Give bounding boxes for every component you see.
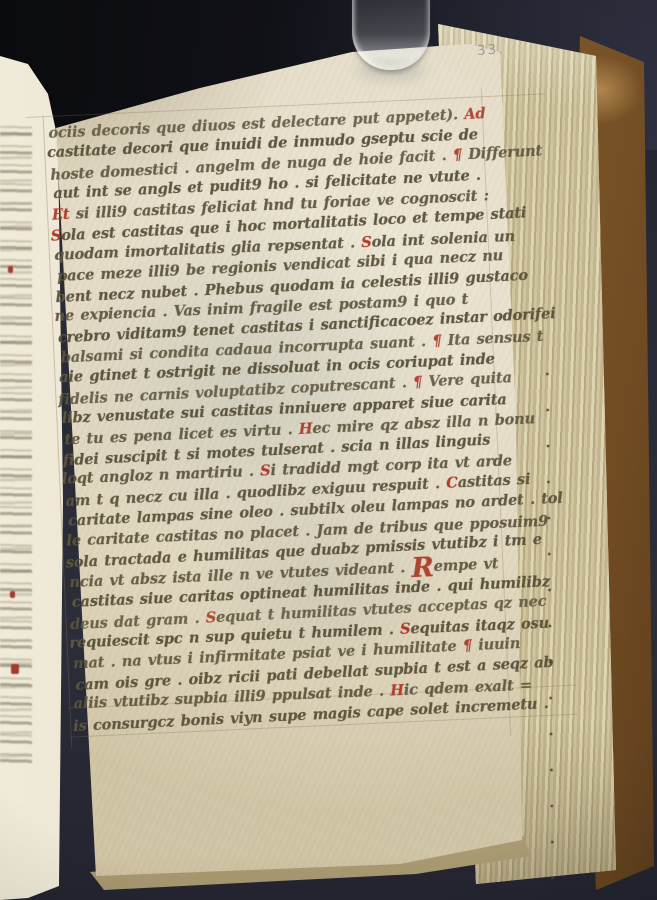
facing-page-rubric-mark [10,591,15,598]
facing-page-rubric-initial [11,664,19,674]
ink-text: astitas si [457,471,530,491]
rubricated-text: H [298,420,312,438]
rubricated-text: Ad [464,105,486,123]
ink-text: empe vt [433,555,498,575]
manuscript-text-block: ociis decoris que diuos est delectare pu… [48,104,511,736]
rubricated-text: Et [52,206,70,224]
text-block-container: ociis decoris que diuos est delectare pu… [48,104,511,736]
rubricated-text: H [390,682,404,700]
manuscript-photo: ociis decoris que diuos est delectare pu… [0,0,657,900]
rubricated-text: S [260,463,271,480]
ink-text: iuuin [472,635,521,654]
folio-number: 33. [476,41,505,59]
rubricated-text: S [361,233,372,250]
facing-page-rubric-mark [8,266,13,273]
